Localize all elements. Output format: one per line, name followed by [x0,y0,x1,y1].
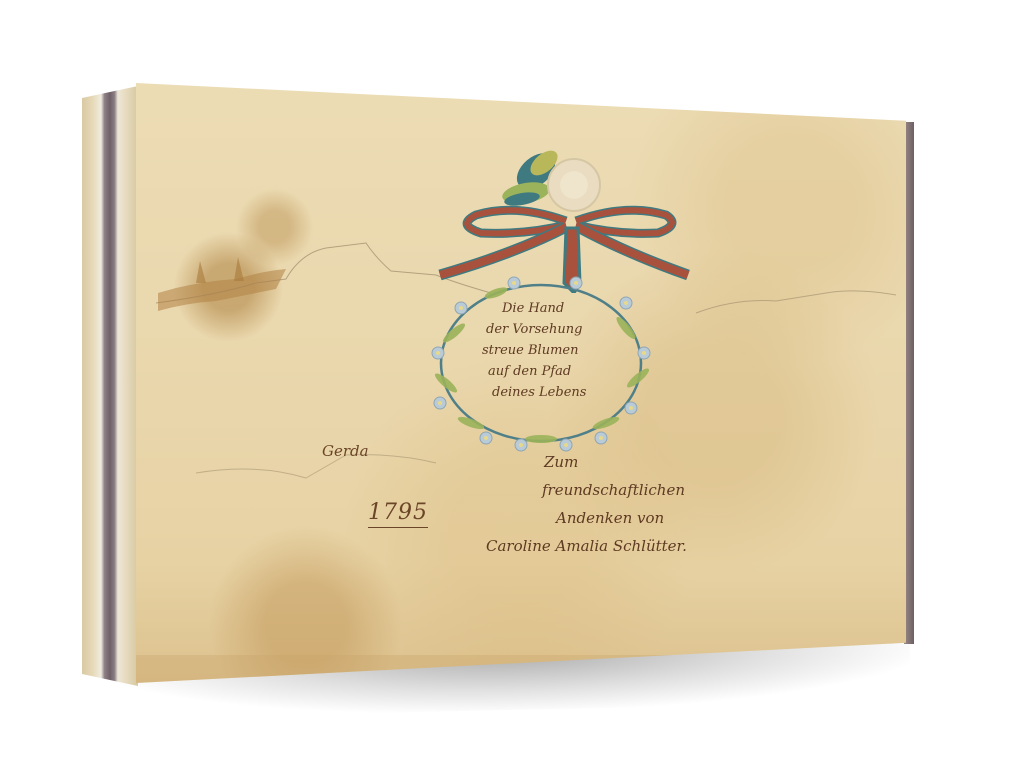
dedication-line: Zum [486,448,687,476]
embroidered-bow-icon [426,133,696,293]
poem-line: deines Lebens [478,382,628,403]
poem-line: der Vorsehung [478,319,628,340]
dedication-line: Andenken von [486,504,687,532]
place-name: Gerda [322,442,369,460]
wreath-poem: Die Hand der Vorsehung streue Blumen auf… [478,298,628,403]
poem-line: auf den Pfad [478,361,628,382]
canvas-side-edge [82,86,138,686]
year-label: 1795 [368,500,428,528]
dedication-line: freundschaftlichen [486,476,687,504]
dedication-line: Caroline Amalia Schlütter. [486,532,687,560]
poem-line: Die Hand [478,298,628,319]
dedication: Zum freundschaftlichen Andenken von Caro… [486,448,687,560]
poem-line: streue Blumen [478,340,628,361]
canvas-print-mockup: Die Hand der Vorsehung streue Blumen auf… [0,0,1024,764]
